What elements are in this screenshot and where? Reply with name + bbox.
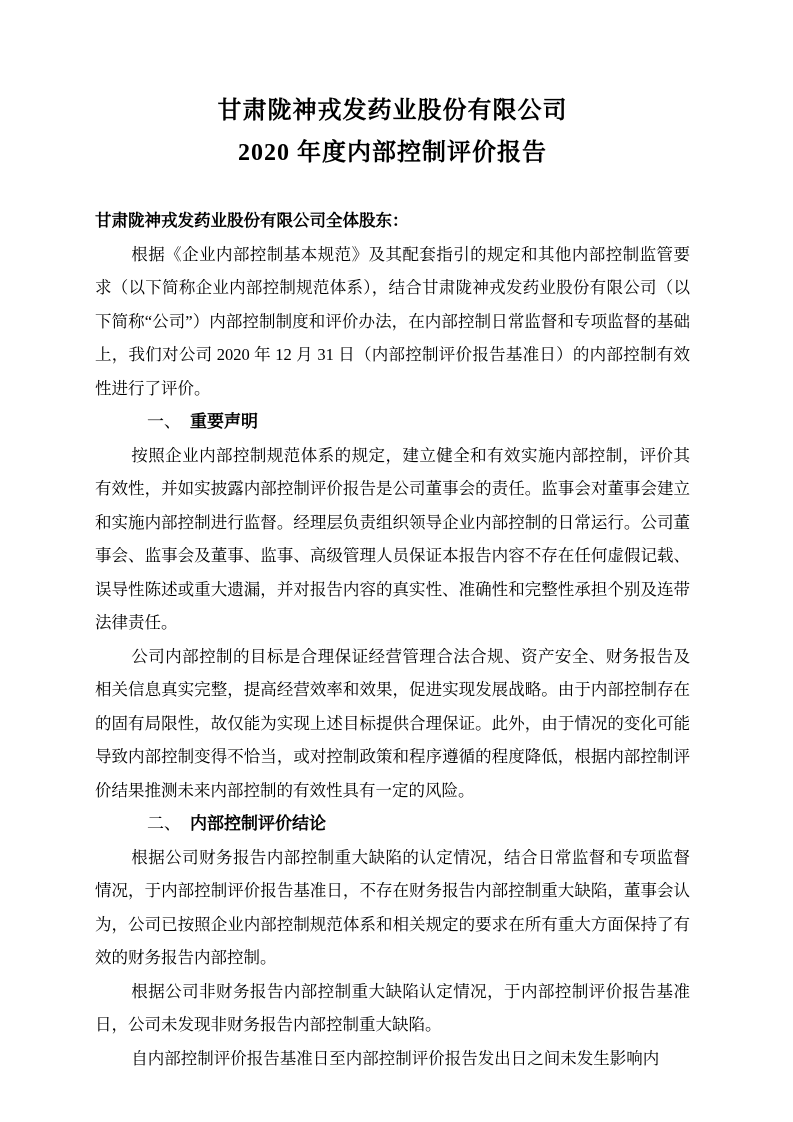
section-2-paragraph-3: 自内部控制评价报告基准日至内部控制评价报告发出日之间未发生影响内	[95, 1042, 690, 1076]
section-2-number: 二、	[147, 814, 181, 833]
section-2-paragraph-2: 根据公司非财务报告内部控制重大缺陷认定情况，于内部控制评价报告基准日，公司未发现…	[95, 975, 690, 1042]
doc-title-line1: 甘肃陇神戎发药业股份有限公司	[95, 90, 690, 132]
section-2-heading: 二、内部控制评价结论	[95, 807, 690, 841]
section-1-heading: 一、重要声明	[95, 405, 690, 439]
section-1-title: 重要声明	[190, 412, 258, 431]
section-1-paragraph-1: 按照企业内部控制规范体系的规定，建立健全和有效实施内部控制，评价其有效性，并如实…	[95, 439, 690, 640]
section-2-paragraph-1: 根据公司财务报告内部控制重大缺陷的认定情况，结合日常监督和专项监督情况，于内部控…	[95, 841, 690, 975]
section-1-paragraph-2: 公司内部控制的目标是合理保证经营管理合法合规、资产安全、财务报告及相关信息真实完…	[95, 640, 690, 808]
document-page: 甘肃陇神戎发药业股份有限公司 2020 年度内部控制评价报告 甘肃陇神戎发药业股…	[0, 0, 793, 1122]
doc-title-line2: 2020 年度内部控制评价报告	[95, 132, 690, 174]
document-content: 甘肃陇神戎发药业股份有限公司 2020 年度内部控制评价报告 甘肃陇神戎发药业股…	[0, 0, 793, 1075]
document-body: 甘肃陇神戎发药业股份有限公司全体股东： 根据《企业内部控制基本规范》及其配套指引…	[95, 204, 690, 1075]
intro-paragraph: 根据《企业内部控制基本规范》及其配套指引的规定和其他内部控制监管要求（以下简称企…	[95, 238, 690, 406]
section-1-number: 一、	[147, 412, 181, 431]
section-2-title: 内部控制评价结论	[190, 814, 326, 833]
salutation: 甘肃陇神戎发药业股份有限公司全体股东：	[95, 204, 690, 238]
